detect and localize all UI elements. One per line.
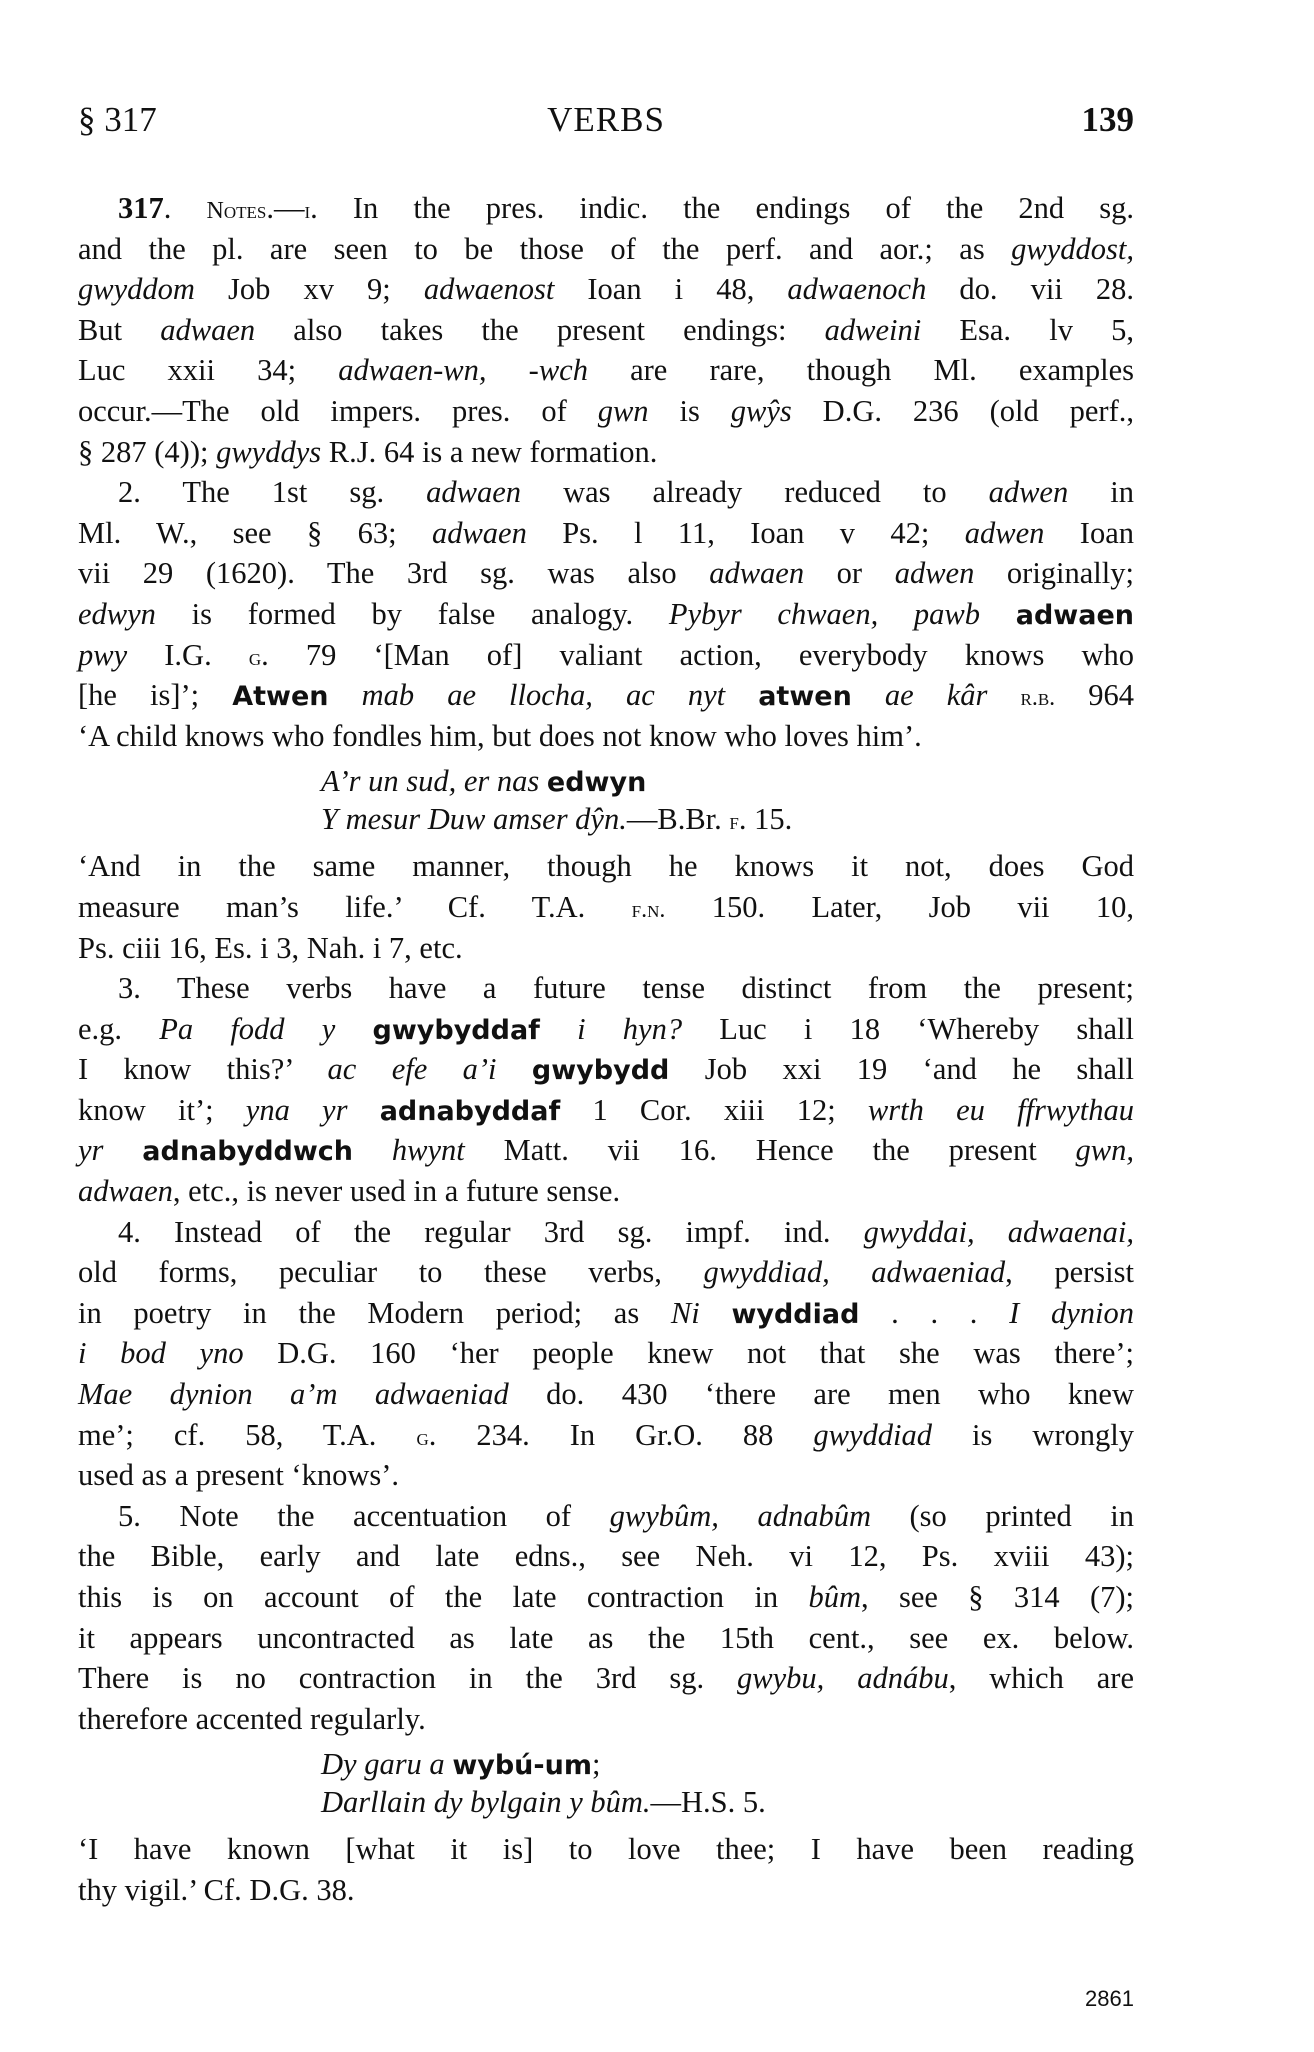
text-segment: this is on account of the late contracti… — [78, 1580, 808, 1614]
bold-headword: edwyn — [547, 767, 646, 798]
bold-headword: gwybyddaf — [373, 1015, 540, 1046]
text-segment: § 287 (4)); — [78, 435, 216, 469]
text-segment: therefore accented regularly. — [78, 1702, 426, 1736]
italic-welsh-text: gwybûm, adnabûm — [610, 1499, 871, 1533]
text-line: know it’; yna yr adnabyddaf 1 Cor. xiii … — [78, 1090, 1134, 1131]
italic-welsh-text: adwaen — [709, 556, 804, 590]
text-segment: 317 — [118, 191, 164, 225]
italic-welsh-text: edwyn — [78, 597, 156, 631]
text-segment: Ml. W., see § 63; — [78, 516, 432, 550]
text-segment: —H.S. 5. — [651, 1785, 766, 1819]
small-caps-abbrev: g — [249, 645, 261, 671]
verse-line: A’r un sud, er nas edwyn — [78, 762, 1134, 800]
bold-headword: adnabyddaf — [380, 1096, 561, 1127]
italic-welsh-text: adwaen-wn, -wch — [338, 353, 588, 387]
italic-welsh-text: yna yr — [246, 1093, 348, 1127]
text-segment: is — [649, 394, 731, 428]
text-line: But adwaen also takes the present ending… — [78, 310, 1134, 351]
text-segment: know it’; — [78, 1093, 246, 1127]
text-line: adwaen, etc., is never used in a future … — [78, 1171, 1134, 1212]
text-segment: D.G. 160 ‘her people knew not that she w… — [244, 1336, 1134, 1370]
text-segment: . 15. — [739, 802, 792, 836]
text-line: it appears uncontracted as late as the 1… — [78, 1618, 1134, 1659]
text-segment: .— — [266, 191, 304, 225]
text-segment: occur.—The old impers. pres. of — [78, 394, 598, 428]
small-caps-abbrev: r.b. — [1021, 685, 1056, 711]
italic-welsh-text: pwy — [78, 638, 127, 672]
italic-welsh-text: Dy garu a — [321, 1747, 445, 1781]
italic-welsh-text: A’r un sud, er nas — [321, 764, 539, 798]
text-segment — [539, 764, 547, 798]
text-segment: , which are — [949, 1661, 1134, 1695]
italic-welsh-text: adwaen — [78, 1174, 173, 1208]
text-line: vii 29 (1620). The 3rd sg. was also adwa… — [78, 553, 1134, 594]
italic-welsh-text: gwyddys — [216, 435, 321, 469]
text-segment: in poetry in the Modern period; as — [78, 1296, 671, 1330]
text-line: this is on account of the late contracti… — [78, 1577, 1134, 1618]
italic-welsh-text: ac efe a’i — [328, 1052, 497, 1086]
text-segment: 964 — [1055, 678, 1134, 712]
text-segment: , see § 314 (7); — [861, 1580, 1134, 1614]
text-segment: Ps. l 11, Ioan v 42; — [527, 516, 965, 550]
text-segment: used as a present ‘knows’. — [78, 1458, 399, 1492]
italic-welsh-text: gwyddiad, adwaeniad — [704, 1255, 1006, 1289]
text-segment — [347, 1093, 379, 1127]
scan-id: 2861 — [1085, 1986, 1134, 2012]
bold-headword: wyddiad — [731, 1299, 859, 1330]
text-segment: originally; — [974, 556, 1134, 590]
text-segment — [335, 1012, 372, 1046]
text-segment: Luc xxii 34; — [78, 353, 338, 387]
text-segment: Job xv 9; — [195, 272, 424, 306]
text-line: ‘A child knows who fondles him, but does… — [78, 716, 1134, 757]
text-segment — [540, 1012, 577, 1046]
text-line: edwyn is formed by false analogy. Pybyr … — [78, 594, 1134, 635]
italic-welsh-text: adwaenoch — [787, 272, 926, 306]
text-segment: 1 Cor. xiii 12; — [560, 1093, 868, 1127]
small-caps-abbrev: g — [416, 1425, 428, 1451]
text-segment: Ps. ciii 16, Es. i 3, Nah. i 7, etc. — [78, 931, 463, 965]
text-line: 2. The 1st sg. adwaen was already reduce… — [78, 472, 1134, 513]
text-segment: . 79 ‘[Man of] valiant action, everybody… — [261, 638, 1134, 672]
body-text: 317. Notes.—i. In the pres. indic. the e… — [78, 188, 1134, 1911]
text-segment: was already reduced to — [521, 475, 989, 509]
italic-welsh-text: i bod yno — [78, 1336, 244, 1370]
text-line: therefore accented regularly. — [78, 1699, 1134, 1740]
page-number: 139 — [1082, 100, 1135, 140]
italic-welsh-text: adwen — [989, 475, 1069, 509]
text-line: Ml. W., see § 63; adwaen Ps. l 11, Ioan … — [78, 513, 1134, 554]
bold-headword: gwybydd — [532, 1055, 669, 1086]
verse-line: Darllain dy bylgain y bûm.—H.S. 5. — [78, 1783, 1134, 1821]
text-segment: . In the pres. indic. the endings of the… — [310, 191, 1134, 225]
text-segment: e.g. — [78, 1012, 159, 1046]
text-segment: . 234. In Gr.O. 88 — [429, 1418, 814, 1452]
text-segment: Luc i 18 ‘Whereby shall — [682, 1012, 1134, 1046]
text-line: Mae dynion a’m adwaeniad do. 430 ‘there … — [78, 1374, 1134, 1415]
text-line: 5. Note the accentuation of gwybûm, adna… — [78, 1496, 1134, 1537]
text-segment: . . . — [859, 1296, 1009, 1330]
text-segment — [497, 1052, 532, 1086]
bold-headword: adwaen — [1016, 600, 1134, 631]
text-segment: Job xxi 19 ‘and he shall — [669, 1052, 1134, 1086]
text-segment: is wrongly — [932, 1418, 1134, 1452]
text-line: Luc xxii 34; adwaen-wn, -wch are rare, t… — [78, 350, 1134, 391]
italic-welsh-text: bûm — [808, 1580, 861, 1614]
italic-welsh-text: gwyddai, adwaenai, — [864, 1215, 1134, 1249]
text-segment: ‘And in the same manner, though he knows… — [78, 849, 1134, 883]
text-line: yr adnabyddwch hwynt Matt. vii 16. Hence… — [78, 1130, 1134, 1171]
text-segment: 3. These verbs have a future tense disti… — [118, 971, 1134, 1005]
italic-welsh-text: adwaen — [426, 475, 521, 509]
text-segment: Ioan i 48, — [554, 272, 787, 306]
text-line: ‘And in the same manner, though he knows… — [78, 846, 1134, 887]
text-segment: —B.Br. — [627, 802, 730, 836]
italic-welsh-text: i hyn? — [577, 1012, 682, 1046]
italic-welsh-text: adwaen — [160, 313, 255, 347]
text-line: measure man’s life.’ Cf. T.A. f.n. 150. … — [78, 887, 1134, 928]
italic-welsh-text: Pybyr chwaen, pawb — [669, 597, 980, 631]
italic-welsh-text: Ni — [671, 1296, 700, 1330]
text-segment: 4. Instead of the regular 3rd sg. impf. … — [118, 1215, 864, 1249]
text-segment: ‘I have known [what it is] to love thee;… — [78, 1832, 1134, 1866]
italic-welsh-text: adweini — [825, 313, 922, 347]
text-line: 4. Instead of the regular 3rd sg. impf. … — [78, 1212, 1134, 1253]
text-line: i bod yno D.G. 160 ‘her people knew not … — [78, 1333, 1134, 1374]
chapter-title: VERBS — [78, 100, 1134, 140]
italic-welsh-text: gwn, — [1076, 1133, 1134, 1167]
text-line: thy vigil.’ Cf. D.G. 38. — [78, 1870, 1134, 1911]
text-segment: [he is]’; — [78, 678, 232, 712]
text-segment: (so printed in — [871, 1499, 1134, 1533]
text-segment: measure man’s life.’ Cf. T.A. — [78, 890, 632, 924]
italic-welsh-text: ae kâr — [885, 678, 988, 712]
text-line: I know this?’ ac efe a’i gwybydd Job xxi… — [78, 1049, 1134, 1090]
text-segment: . — [164, 191, 207, 225]
text-line: [he is]’; Atwen mab ae llocha, ac nyt at… — [78, 675, 1134, 716]
text-segment — [329, 678, 362, 712]
text-segment: or — [804, 556, 895, 590]
text-segment: I.G. — [127, 638, 249, 672]
text-segment: are rare, though Ml. examples — [588, 353, 1134, 387]
text-segment — [353, 1133, 392, 1167]
text-segment: But — [78, 313, 160, 347]
text-segment — [980, 597, 1016, 631]
bold-headword: adnabyddwch — [142, 1136, 353, 1167]
small-caps-abbrev: f.n. — [632, 897, 666, 923]
text-line: ‘I have known [what it is] to love thee;… — [78, 1829, 1134, 1870]
text-line: 3. These verbs have a future tense disti… — [78, 968, 1134, 1009]
italic-welsh-text: Darllain dy bylgain y bûm. — [321, 1785, 651, 1819]
text-segment: is formed by false analogy. — [156, 597, 669, 631]
text-segment: ; — [592, 1747, 600, 1781]
text-segment: Matt. vii 16. Hence the present — [465, 1133, 1076, 1167]
italic-welsh-text: gwybu, adnábu — [737, 1661, 949, 1695]
text-segment: D.G. 236 (old perf., — [792, 394, 1134, 428]
text-segment: do. 430 ‘there are men who knew — [509, 1377, 1134, 1411]
text-segment: old forms, peculiar to these verbs, — [78, 1255, 704, 1289]
small-caps-abbrev: Notes — [207, 198, 267, 224]
text-line: e.g. Pa fodd y gwybyddaf i hyn? Luc i 18… — [78, 1009, 1134, 1050]
bold-headword: atwen — [758, 681, 852, 712]
italic-welsh-text: gwn — [598, 394, 649, 428]
text-segment — [700, 1296, 732, 1330]
text-segment: R.J. 64 is a new formation. — [321, 435, 657, 469]
text-segment: thy vigil.’ Cf. D.G. 38. — [78, 1873, 354, 1907]
text-line: gwyddom Job xv 9; adwaenost Ioan i 48, a… — [78, 269, 1134, 310]
text-line: old forms, peculiar to these verbs, gwyd… — [78, 1252, 1134, 1293]
bold-headword: Atwen — [232, 681, 328, 712]
verse-line: Dy garu a wybú-um; — [78, 1745, 1134, 1783]
italic-welsh-text: adwaenost — [424, 272, 554, 306]
text-line: 317. Notes.—i. In the pres. indic. the e… — [78, 188, 1134, 229]
text-segment: the Bible, early and late edns., see Neh… — [78, 1539, 1134, 1573]
italic-welsh-text: gwyddost, — [1011, 232, 1134, 266]
text-segment: Ioan — [1044, 516, 1134, 550]
text-segment: 2. The 1st sg. — [118, 475, 426, 509]
italic-welsh-text: Mae dynion a’m adwaeniad — [78, 1377, 509, 1411]
text-segment: 150. Later, Job vii 10, — [665, 890, 1134, 924]
text-segment: also takes the present endings: — [255, 313, 825, 347]
text-segment: , etc., is never used in a future sense. — [173, 1174, 620, 1208]
text-segment: vii 29 (1620). The 3rd sg. was also — [78, 556, 709, 590]
text-line: There is no contraction in the 3rd sg. g… — [78, 1658, 1134, 1699]
text-segment — [987, 678, 1020, 712]
text-line: the Bible, early and late edns., see Neh… — [78, 1536, 1134, 1577]
italic-welsh-text: gwyddiad — [813, 1418, 932, 1452]
text-segment: in — [1068, 475, 1134, 509]
italic-welsh-text: adwen — [965, 516, 1045, 550]
italic-welsh-text: gwyddom — [78, 272, 195, 306]
text-line: Ps. ciii 16, Es. i 3, Nah. i 7, etc. — [78, 928, 1134, 969]
text-segment: ‘A child knows who fondles him, but does… — [78, 719, 922, 753]
verse-line: Y mesur Duw amser dŷn.—B.Br. f. 15. — [78, 800, 1134, 838]
text-line: and the pl. are seen to be those of the … — [78, 229, 1134, 270]
text-line: § 287 (4)); gwyddys R.J. 64 is a new for… — [78, 432, 1134, 473]
text-segment: There is no contraction in the 3rd sg. — [78, 1661, 737, 1695]
text-segment — [725, 678, 758, 712]
text-segment: it appears uncontracted as late as the 1… — [78, 1621, 1134, 1655]
text-line: pwy I.G. g. 79 ‘[Man of] valiant action,… — [78, 635, 1134, 676]
italic-welsh-text: adwaen — [432, 516, 527, 550]
text-line: used as a present ‘knows’. — [78, 1455, 1134, 1496]
italic-welsh-text: mab ae llocha, ac nyt — [362, 678, 726, 712]
italic-welsh-text: I dynion — [1009, 1296, 1134, 1330]
italic-welsh-text: Y mesur Duw amser dŷn. — [321, 802, 627, 836]
text-segment: 5. Note the accentuation of — [118, 1499, 610, 1533]
running-head: § 317 VERBS 139 — [78, 100, 1134, 144]
text-segment: , persist — [1005, 1255, 1134, 1289]
text-segment — [852, 678, 885, 712]
italic-welsh-text: hwynt — [392, 1133, 465, 1167]
text-segment: Esa. lv 5, — [921, 313, 1134, 347]
small-caps-abbrev: f — [729, 809, 738, 835]
text-segment: and the pl. are seen to be those of the … — [78, 232, 1011, 266]
text-segment: me’; cf. 58, T.A. — [78, 1418, 416, 1452]
text-line: occur.—The old impers. pres. of gwn is g… — [78, 391, 1134, 432]
italic-welsh-text: wrth eu ffrwythau — [868, 1093, 1134, 1127]
italic-welsh-text: yr — [78, 1133, 103, 1167]
text-line: in poetry in the Modern period; as Ni wy… — [78, 1293, 1134, 1334]
text-segment: I know this?’ — [78, 1052, 328, 1086]
text-line: me’; cf. 58, T.A. g. 234. In Gr.O. 88 gw… — [78, 1415, 1134, 1456]
italic-welsh-text: Pa fodd y — [159, 1012, 335, 1046]
italic-welsh-text: adwen — [895, 556, 975, 590]
italic-welsh-text: gwŷs — [731, 394, 792, 428]
text-segment — [103, 1133, 142, 1167]
bold-headword: wybú-um — [452, 1750, 592, 1781]
text-segment: do. vii 28. — [926, 272, 1134, 306]
